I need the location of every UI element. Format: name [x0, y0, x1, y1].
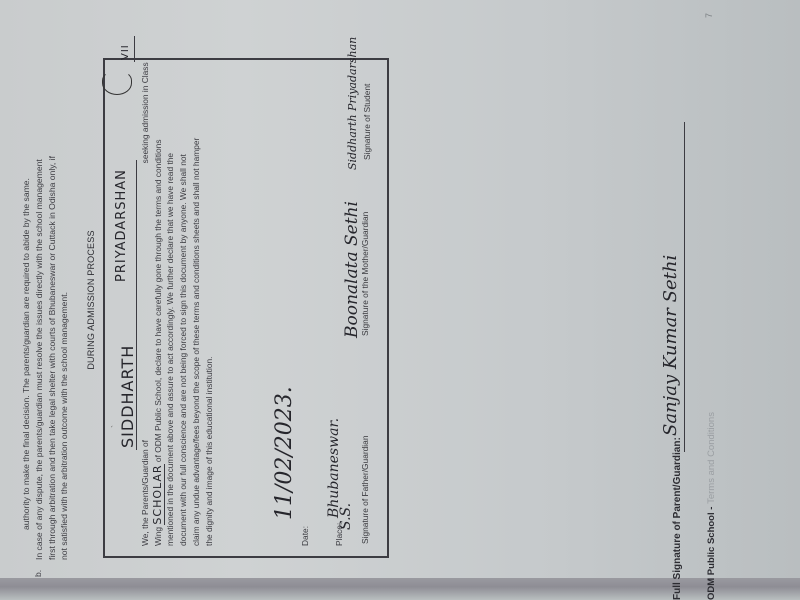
mother-signature-label: Signature of the Mother/Guardian	[360, 212, 370, 336]
student-signature-label: Signature of Student	[362, 84, 372, 160]
full-signature-handwritten: Sanjay Kumar Sethi	[660, 255, 681, 436]
declaration-line: document with our full conscience and ar…	[177, 66, 190, 546]
list-item-line: not satisfied with the arbitration outco…	[58, 156, 71, 560]
handwritten-wing: SCHOLAR	[151, 464, 165, 524]
declaration-line: mentioned in the document above and assu…	[164, 66, 177, 546]
wing-label: Wing	[153, 527, 163, 546]
father-signature: S.S.	[338, 503, 354, 530]
document-page: authority to make the final decision. Th…	[0, 0, 800, 600]
declaration-line: claim any undue advantage/fees beyond th…	[190, 66, 203, 546]
footer-section: Terms and Conditions	[706, 412, 717, 504]
name-underline	[136, 160, 137, 450]
mother-signature: Boonalata Sethi	[342, 201, 362, 338]
list-item-line: In case of any dispute, the parents/guar…	[33, 156, 46, 560]
handwritten-scribble	[102, 71, 132, 95]
footer-separator: -	[706, 504, 717, 512]
handwritten-date: 11/02/2023.	[272, 386, 297, 520]
intro-line: authority to make the final decision. Th…	[20, 178, 33, 530]
declaration-prefix: We, the Parents/Guardian of	[140, 440, 150, 546]
declaration-text: We, the Parents/Guardian of seeking admi…	[139, 66, 215, 546]
handwritten-student-last-name: PRIYADARSHAN	[114, 169, 129, 282]
declaration-class-text: seeking admission in Class	[140, 62, 150, 163]
class-underline	[134, 36, 135, 62]
declaration-line-2-text: of ODM Public School, declare to have ca…	[153, 139, 163, 462]
student-signature: Siddharth Priyadarshan	[346, 37, 359, 170]
declaration-line-1: We, the Parents/Guardian of seeking admi…	[139, 66, 152, 546]
full-signature-line	[684, 122, 685, 452]
date-label: Date:	[300, 526, 310, 546]
list-item-b: In case of any dispute, the parents/guar…	[33, 156, 71, 560]
footer-school: ODM Public School	[706, 512, 717, 600]
section-heading: DURING ADMISSION PROCESS	[86, 0, 96, 600]
list-item-line: first through arbitration and then take …	[46, 156, 59, 560]
full-signature-label: Full Signature of Parent/Guardian:	[672, 437, 683, 600]
declaration-line-2: Wing SCHOLAR of ODM Public School, decla…	[152, 66, 165, 546]
father-signature-label: Signature of Father/Guardian	[360, 436, 370, 544]
handwritten-class: VII	[120, 44, 131, 60]
page-footer: ODM Public School - Terms and Conditions	[706, 412, 717, 600]
declaration-line: the dignity and image of this educationa…	[203, 66, 216, 546]
page-number: 7	[704, 13, 714, 18]
list-item-label: b.	[33, 570, 43, 577]
handwritten-student-first-name: SIDDHARTH	[118, 345, 137, 448]
